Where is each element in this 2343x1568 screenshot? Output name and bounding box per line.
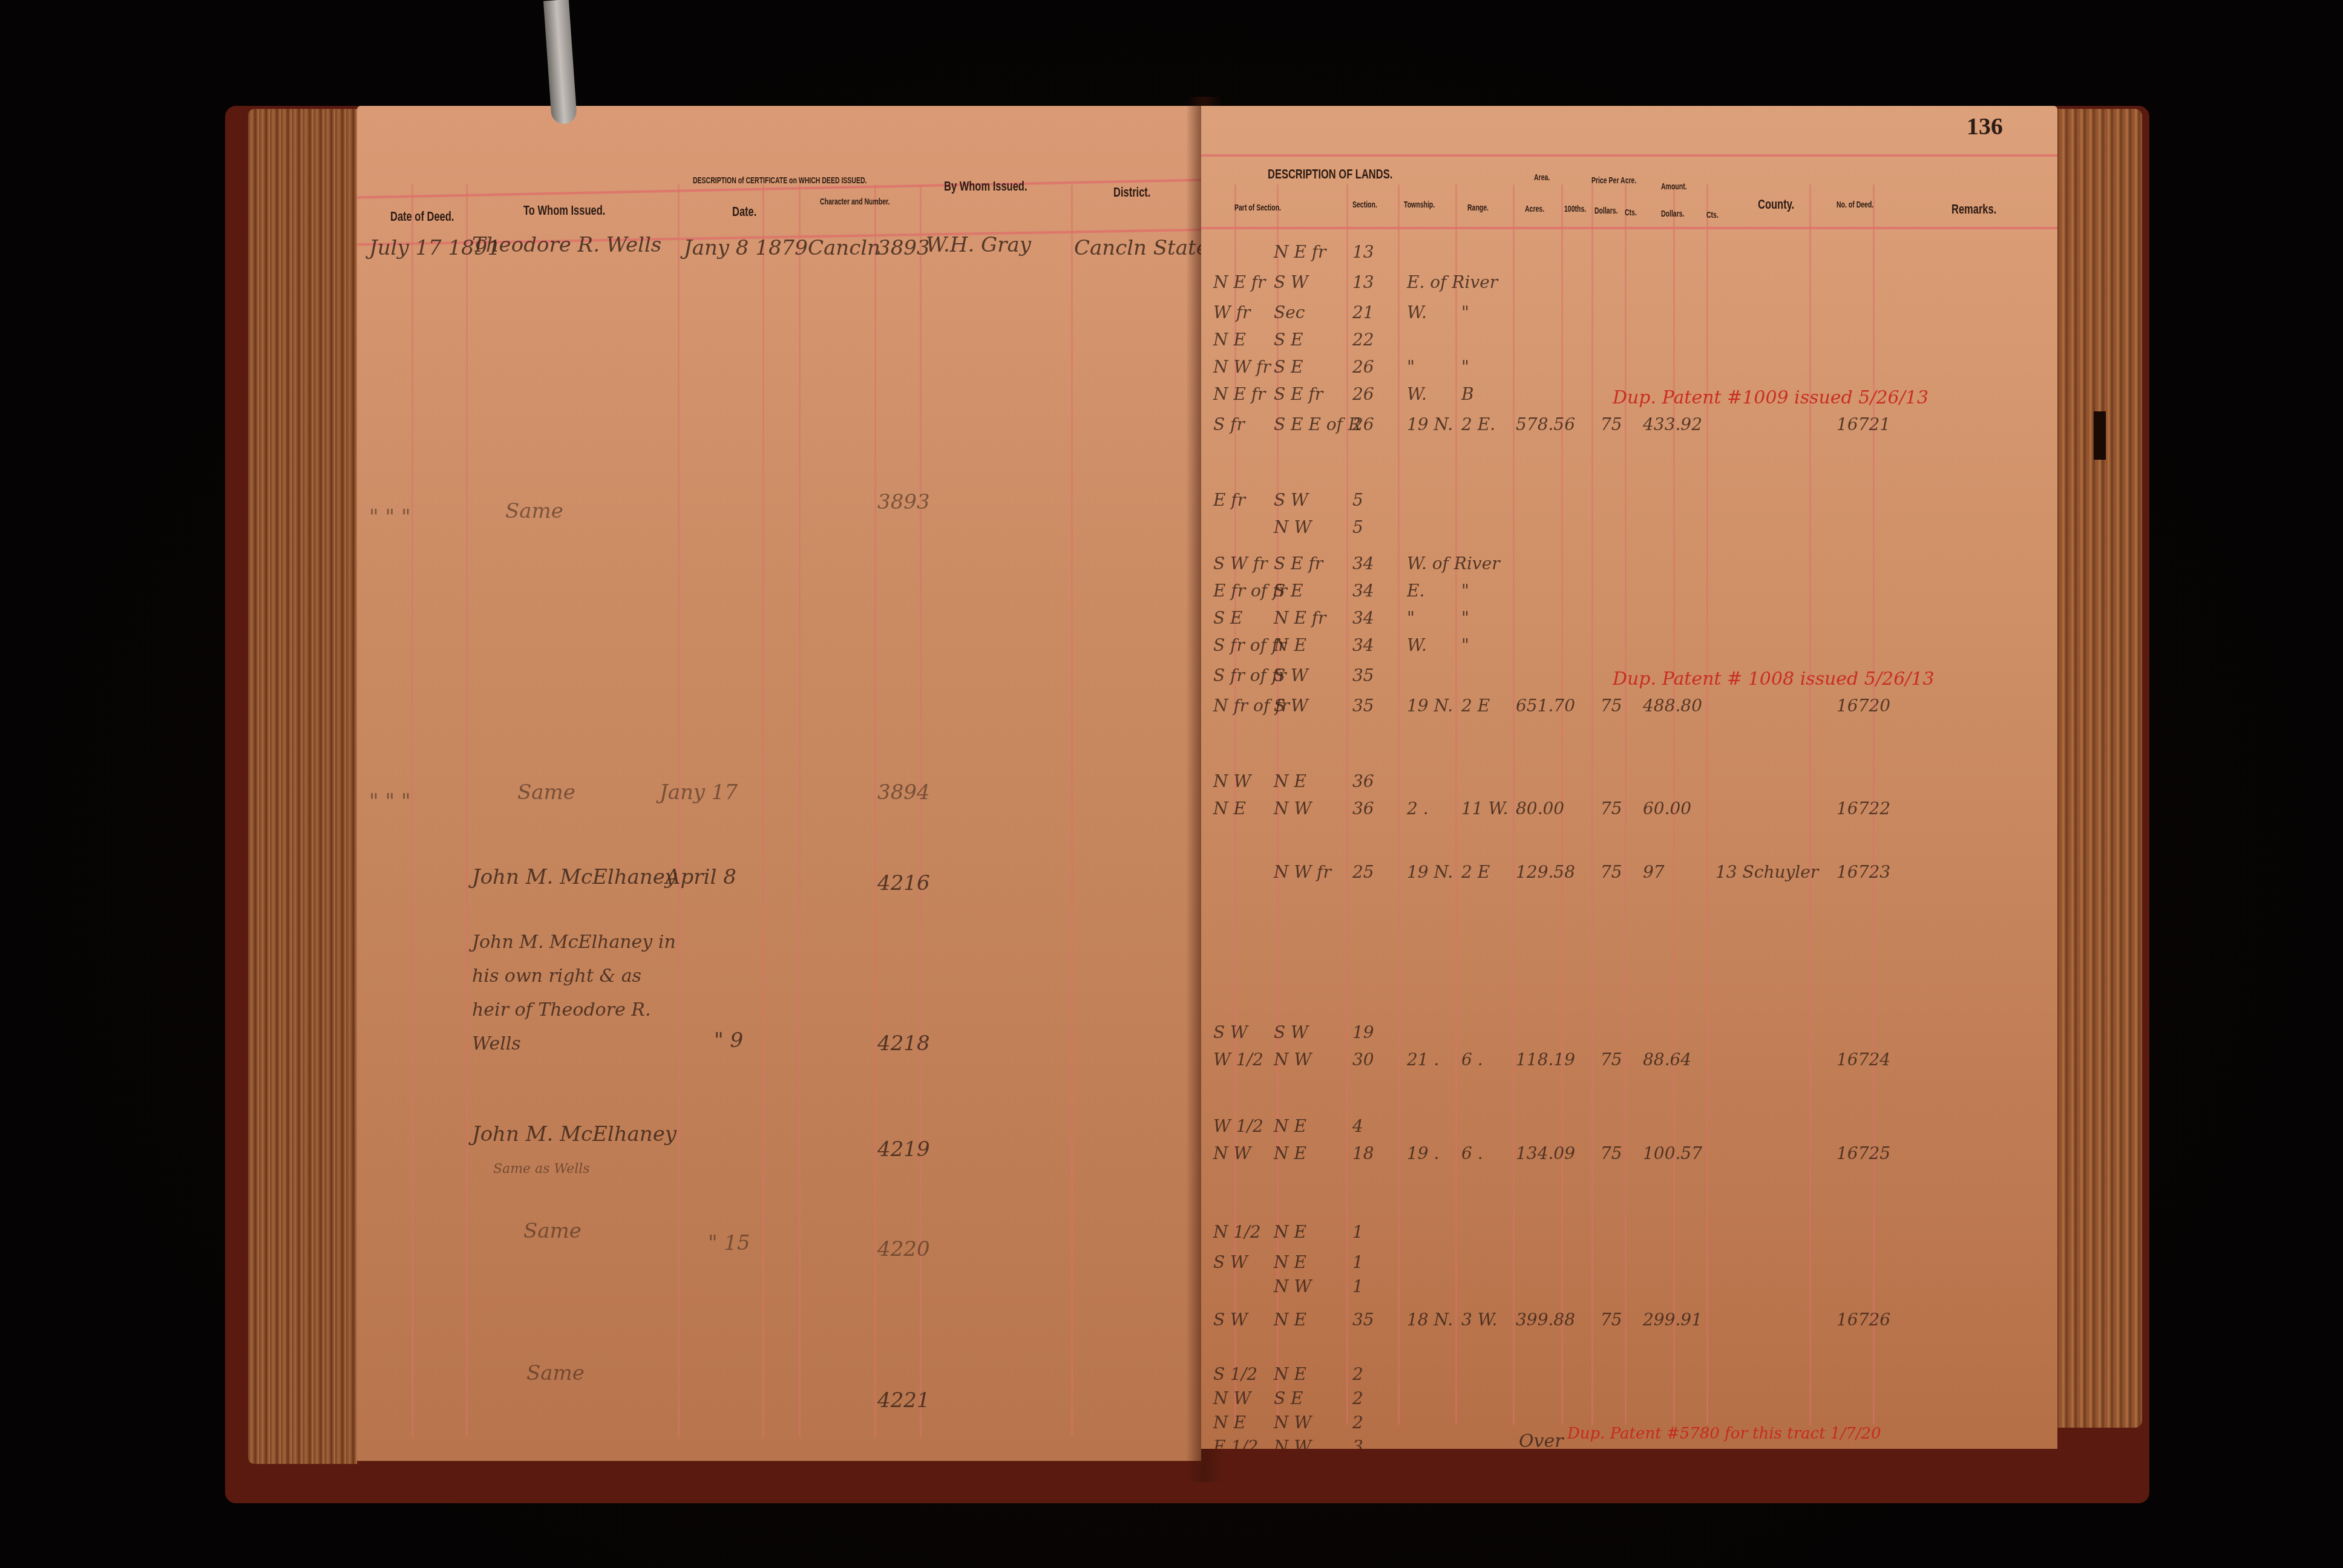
column-rule (1625, 185, 1627, 1425)
header-amount-group: Amount. (1661, 181, 1687, 191)
header-township: Township. (1404, 200, 1435, 209)
entry-number: 4216 (877, 871, 930, 895)
row-section: 34 (1352, 581, 1374, 601)
row-section: 21 (1352, 302, 1374, 322)
row-part-of-section: N E (1213, 330, 1246, 350)
header-price-group: Price Per Acre. (1591, 175, 1636, 185)
row-township: 2 . (1407, 799, 1429, 818)
row-deed-number: 16720 (1837, 696, 1890, 716)
entry-number: 4221 (877, 1388, 930, 1413)
row-subdivision: S E (1274, 581, 1303, 601)
row-part-of-section: S W (1213, 1310, 1248, 1330)
right-page-edges (2051, 109, 2142, 1428)
entry-number: 3893 (877, 236, 930, 260)
row-subdivision: N W (1274, 1050, 1311, 1070)
header-to-whom-issued: To Whom Issued. (523, 203, 605, 218)
column-rule (1591, 185, 1593, 1425)
row-subdivision: N W (1274, 1413, 1311, 1432)
row-part-of-section: S E (1213, 608, 1243, 628)
row-subdivision: S E fr (1274, 554, 1323, 573)
row-subdivision: S W (1274, 490, 1308, 510)
row-section: 30 (1352, 1050, 1374, 1070)
row-subdivision: N E (1274, 1222, 1306, 1242)
entry-by-whom: W.H. Gray (926, 233, 1031, 257)
row-subdivision: S W (1274, 1022, 1308, 1042)
column-rule (1455, 185, 1457, 1425)
row-section: 1 (1352, 1222, 1363, 1242)
row-part-of-section: N W (1213, 771, 1251, 791)
row-deed-number: 16721 (1837, 414, 1890, 434)
row-section: 34 (1352, 608, 1374, 628)
row-acres: 578.56 (1516, 414, 1575, 434)
column-rule (1071, 185, 1073, 1437)
row-deed-number: 16725 (1837, 1143, 1890, 1163)
entry-to-whom: John M. McElhaney in his own right & as … (472, 926, 678, 1061)
row-township: 19 N. (1407, 696, 1453, 716)
entry-character: Cancln (808, 236, 880, 260)
header-description-of-lands: DESCRIPTION OF LANDS. (1268, 166, 1392, 182)
header-hundredths: 100ths. (1564, 204, 1586, 214)
row-range: " (1461, 608, 1469, 628)
header-by-whom-issued: By Whom Issued. (944, 178, 1027, 194)
row-part-of-section: W 1/2 (1213, 1050, 1263, 1070)
column-rule (1809, 185, 1811, 1425)
row-part-of-section: N E fr (1213, 272, 1266, 292)
row-price: 75 (1601, 1143, 1622, 1163)
row-subdivision: N E (1274, 1252, 1306, 1272)
row-acres: 118.19 (1516, 1050, 1575, 1070)
header-amount-cents: Cts. (1706, 210, 1719, 220)
header-range: Range. (1467, 203, 1489, 212)
row-subdivision: S E E of R (1274, 414, 1361, 434)
row-range: B (1461, 384, 1474, 404)
row-range: " (1461, 302, 1469, 322)
header-cert-date: Date. (732, 204, 756, 220)
row-township: 19 . (1407, 1143, 1439, 1163)
entry-to-whom: John M. McElhaney (472, 865, 677, 889)
row-part-of-section: S fr (1213, 414, 1245, 434)
column-rule (1706, 185, 1708, 1425)
header-area-group: Area. (1534, 172, 1550, 182)
entry-number: 3893 (877, 490, 930, 514)
row-part-of-section: N E fr (1213, 384, 1266, 404)
row-section: 36 (1352, 771, 1374, 791)
row-section: 1 (1352, 1252, 1363, 1272)
row-range: 11 W. (1461, 799, 1508, 818)
row-section: 1 (1352, 1276, 1363, 1296)
row-amount: 488.80 (1643, 696, 1702, 716)
footer-note-red: Dup. Patent #5780 for this tract 1/7/20 (1567, 1425, 1881, 1443)
entry-to-whom: Same (526, 1361, 585, 1385)
row-amount: 100.57 (1643, 1143, 1702, 1163)
row-section: 26 (1352, 357, 1374, 377)
column-rule (411, 185, 413, 1437)
row-subdivision: S E fr (1274, 384, 1323, 404)
left-page-edges (248, 109, 357, 1464)
column-rule (1513, 185, 1515, 1425)
row-part-of-section: N W (1213, 1388, 1251, 1408)
row-subdivision: S W (1274, 696, 1308, 716)
header-acres: Acres. (1525, 204, 1544, 214)
entry-number: 4220 (877, 1237, 930, 1261)
row-subdivision: S E (1274, 330, 1303, 350)
header-no-of-deed: No. of Deed. (1837, 200, 1873, 209)
header-date-of-deed: Date of Deed. (390, 209, 454, 224)
row-subdivision: N E (1274, 771, 1306, 791)
row-range: 6 . (1461, 1143, 1483, 1163)
row-amount: 88.64 (1643, 1050, 1691, 1070)
row-price: 75 (1601, 1310, 1622, 1330)
row-township: E. (1407, 581, 1424, 601)
row-part-of-section: S W (1213, 1022, 1248, 1042)
row-part-of-section: N E (1213, 799, 1246, 818)
row-subdivision: N W (1274, 517, 1311, 537)
row-section: 26 (1352, 384, 1374, 404)
entry-number: 4218 (877, 1031, 930, 1056)
header-rule-top (1201, 154, 2057, 157)
row-section: 35 (1352, 665, 1374, 685)
row-acres: 129.58 (1516, 862, 1575, 882)
column-rule (1346, 185, 1348, 1425)
row-subdivision: N W (1274, 799, 1311, 818)
bookmark-tab (2094, 411, 2106, 460)
row-section: 4 (1352, 1116, 1363, 1136)
row-subdivision: N W (1274, 1437, 1311, 1449)
row-range: " (1461, 357, 1469, 377)
row-price: 75 (1601, 862, 1622, 882)
header-part-of-section: Part of Section. (1234, 203, 1281, 212)
header-certificate-group: DESCRIPTION of CERTIFICATE on WHICH DEED… (693, 175, 867, 185)
entry-to-whom: John M. McElhaney (472, 1122, 677, 1146)
entry-cert-date: April 8 (666, 865, 736, 889)
column-rule (1398, 185, 1400, 1425)
entry-to-whom: Theodore R. Wells (472, 233, 661, 257)
row-section: 34 (1352, 554, 1374, 573)
row-amount: 433.92 (1643, 414, 1702, 434)
entry-cert-date: Jany 17 (660, 780, 738, 805)
entry-to-whom: Same (517, 780, 575, 805)
entry-number: 3894 (877, 780, 930, 805)
header-district: District. (1113, 185, 1150, 200)
row-section: 2 (1352, 1364, 1363, 1384)
row-subdivision: S W (1274, 272, 1308, 292)
entry-cert-date: " 15 (708, 1231, 750, 1255)
column-rule (466, 185, 468, 1437)
row-township: 19 N. (1407, 862, 1453, 882)
row-price: 75 (1601, 799, 1622, 818)
row-section: 2 (1352, 1388, 1363, 1408)
row-section: 35 (1352, 1310, 1374, 1330)
row-price: 75 (1601, 1050, 1622, 1070)
row-range: 2 E (1461, 696, 1490, 716)
row-section: 5 (1352, 490, 1363, 510)
header-county: County. (1758, 197, 1794, 212)
row-subdivision: N E fr (1274, 608, 1326, 628)
header-character-number: Character and Number. (820, 197, 890, 206)
row-part-of-section: S W (1213, 1252, 1248, 1272)
header-price-cents: Cts. (1625, 207, 1637, 217)
row-part-of-section: E fr (1213, 490, 1245, 510)
row-section: 13 (1352, 272, 1374, 292)
row-remark-red: Dup. Patent #1009 issued 5/26/13 (1613, 387, 1928, 408)
row-township: E. of River (1407, 272, 1498, 292)
row-subdivision: N W fr (1274, 862, 1331, 882)
row-township: W. of River (1407, 554, 1500, 573)
column-rule (678, 185, 680, 1437)
entry-to-whom: Same (505, 499, 563, 523)
row-acres: 651.70 (1516, 696, 1575, 716)
row-range: " (1461, 581, 1469, 601)
row-acres: 399.88 (1516, 1310, 1575, 1330)
row-township: " (1407, 357, 1415, 377)
entry-date-of-deed: " " " (369, 505, 411, 529)
row-subdivision: N E (1274, 1310, 1306, 1330)
column-rule (799, 185, 801, 1437)
row-amount: 97 (1643, 862, 1665, 882)
row-section: 22 (1352, 330, 1374, 350)
row-part-of-section: S 1/2 (1213, 1364, 1257, 1384)
row-deed-number: 16724 (1837, 1050, 1890, 1070)
row-price: 75 (1601, 414, 1622, 434)
header-amount-dollars: Dollars. (1661, 209, 1685, 218)
row-remark-red: Dup. Patent # 1008 issued 5/26/13 (1613, 668, 1935, 690)
row-section: 5 (1352, 517, 1363, 537)
row-amount: 60.00 (1643, 799, 1691, 818)
entry-to-whom: Same (523, 1219, 582, 1243)
row-part-of-section: N W fr (1213, 357, 1271, 377)
row-section: 2 (1352, 1413, 1363, 1432)
row-township: " (1407, 608, 1415, 628)
row-subdivision: N E (1274, 1116, 1306, 1136)
row-section: 25 (1352, 862, 1374, 882)
row-county: 13 Schuyler (1715, 862, 1818, 882)
row-subdivision: N E (1274, 1364, 1306, 1384)
row-part-of-section: N W (1213, 1143, 1251, 1163)
right-page: 136 DESCRIPTION OF LANDS. Part of Sectio… (1201, 106, 2057, 1449)
header-rule-bottom (1201, 227, 2057, 229)
row-subdivision: N W (1274, 1276, 1311, 1296)
left-page: Date of Deed. To Whom Issued. DESCRIPTIO… (357, 106, 1201, 1461)
row-part-of-section: N E (1213, 1413, 1246, 1432)
header-section: Section. (1352, 200, 1377, 209)
row-township: W. (1407, 302, 1427, 322)
row-range: " (1461, 635, 1469, 655)
row-section: 19 (1352, 1022, 1374, 1042)
row-section: 18 (1352, 1143, 1374, 1163)
row-township: W. (1407, 384, 1427, 404)
row-township: 21 . (1407, 1050, 1439, 1070)
row-section: 13 (1352, 242, 1374, 262)
row-township: 19 N. (1407, 414, 1453, 434)
row-township: W. (1407, 635, 1427, 655)
row-subdivision: Sec (1274, 302, 1305, 322)
row-subdivision: N E (1274, 1143, 1306, 1163)
row-subdivision: S W (1274, 665, 1308, 685)
entry-to-whom-note: Same as Wells (493, 1161, 590, 1177)
entry-district: Cancln State (1074, 236, 1201, 260)
row-part-of-section: W 1/2 (1213, 1116, 1263, 1136)
row-range: 2 E (1461, 862, 1490, 882)
row-acres: 80.00 (1516, 799, 1564, 818)
page-number: 136 (1967, 112, 2003, 140)
row-deed-number: 16722 (1837, 799, 1890, 818)
entry-cert-date: " 9 (714, 1028, 743, 1053)
row-subdivision: N E (1274, 635, 1306, 655)
row-subdivision: N E fr (1274, 242, 1326, 262)
row-acres: 134.09 (1516, 1143, 1575, 1163)
row-section: 26 (1352, 414, 1374, 434)
header-remarks: Remarks. (1951, 201, 1996, 217)
row-deed-number: 16723 (1837, 862, 1890, 882)
row-range: 6 . (1461, 1050, 1483, 1070)
row-section: 36 (1352, 799, 1374, 818)
entry-date-of-deed: " " " (369, 789, 411, 814)
column-rule (874, 185, 876, 1437)
row-amount: 299.91 (1643, 1310, 1702, 1330)
row-deed-number: 16726 (1837, 1310, 1890, 1330)
row-price: 75 (1601, 696, 1622, 716)
row-part-of-section: E 1/2 (1213, 1437, 1258, 1449)
entry-cert-date: Jany 8 1879 (684, 236, 808, 260)
row-range: 2 E. (1461, 414, 1495, 434)
row-section: 3 (1352, 1437, 1363, 1449)
row-subdivision: S E (1274, 357, 1303, 377)
row-section: 35 (1352, 696, 1374, 716)
footer-note-prefix: Over (1519, 1431, 1564, 1449)
entry-number: 4219 (877, 1137, 930, 1161)
row-section: 34 (1352, 635, 1374, 655)
header-price-dollars: Dollars. (1594, 206, 1618, 215)
row-part-of-section: S W fr (1213, 554, 1268, 573)
column-rule (762, 185, 764, 1437)
row-township: 18 N. (1407, 1310, 1453, 1330)
row-part-of-section: N 1/2 (1213, 1222, 1260, 1242)
row-part-of-section: W fr (1213, 302, 1250, 322)
row-range: 3 W. (1461, 1310, 1498, 1330)
row-subdivision: S E (1274, 1388, 1303, 1408)
